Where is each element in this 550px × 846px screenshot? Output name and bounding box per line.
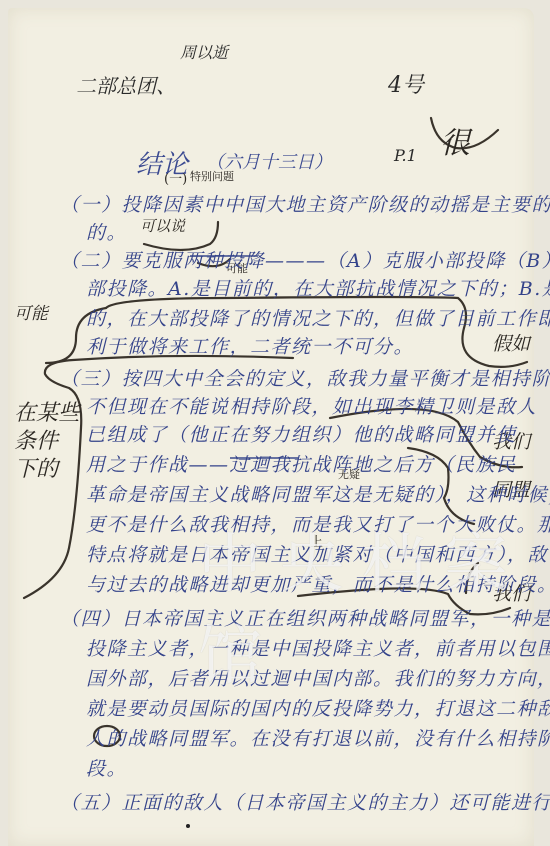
page-number: P.1 <box>394 146 417 165</box>
margin-note-line: 条件 <box>14 428 80 456</box>
body-line: 段。 <box>86 754 127 781</box>
margin-note-line: 下的 <box>14 456 80 484</box>
ink-spot <box>186 824 190 828</box>
body-line: （三）按四大中全会的定义，敌我力量平衡才是相持阶段，那末， <box>60 364 550 391</box>
annotation-special-issue: 特别问题 <box>190 168 234 184</box>
margin-note-if: 假如 <box>492 330 530 358</box>
body-line: 的。 <box>86 218 127 245</box>
body-line: （一）投降因素中中国大地主资产阶级的动摇是主要的，这是对 <box>60 190 550 217</box>
margin-note-possible: 可能 <box>14 300 48 328</box>
body-line: 人的战略同盟军。在没有打退以前，没有什么相持阶 <box>86 724 550 751</box>
body-line: 不但现在不能说相持阶段，如出现李精卫则是敌人 <box>86 392 537 419</box>
body-line: 的，在大部投降了的情况之下的，但做了目前工作即是便 <box>86 304 550 331</box>
manuscript-page: 周以逝 二部总团、 4号 结论 （六月十三日） P.1 很 (一) 特别问题 可… <box>8 8 534 846</box>
margin-note-conditions: 在某些 条件 下的 <box>14 400 80 484</box>
document-number: 4号 <box>388 68 424 99</box>
archive-watermark: 中央档案馆 <box>198 513 534 697</box>
body-line: 用之于作战——过迴我抗战阵地之后方（民族民 <box>86 450 517 477</box>
body-line: （二）要克服两种投降———（A）克服小部投降（B）克服大 <box>60 246 550 273</box>
body-line: 就是要动员国际的国内的反投降势力，打退这二种敌 <box>86 694 550 721</box>
annotation-item-mark: (一) <box>164 168 187 187</box>
body-line: 利于做将来工作，二者统一不可分。 <box>86 332 414 359</box>
body-line: 部投降。A.是目前的，在大部抗战情况之下的；B.是将来 <box>86 274 550 301</box>
recipient-label: 二部总团、 <box>76 70 176 99</box>
body-line: 已组成了（他正在努力组织）他的战略同盟并使 <box>86 420 517 447</box>
margin-note-line: 在某些 <box>14 400 80 428</box>
body-line: 革命是帝国主义战略同盟军这是无疑的），这种时候， <box>86 480 550 507</box>
top-note: 周以逝 <box>180 40 228 63</box>
page-mark: 很 <box>440 130 470 158</box>
body-line: （五）正面的敌人（日本帝国主义的主力）还可能进行军事攻 <box>60 788 550 815</box>
